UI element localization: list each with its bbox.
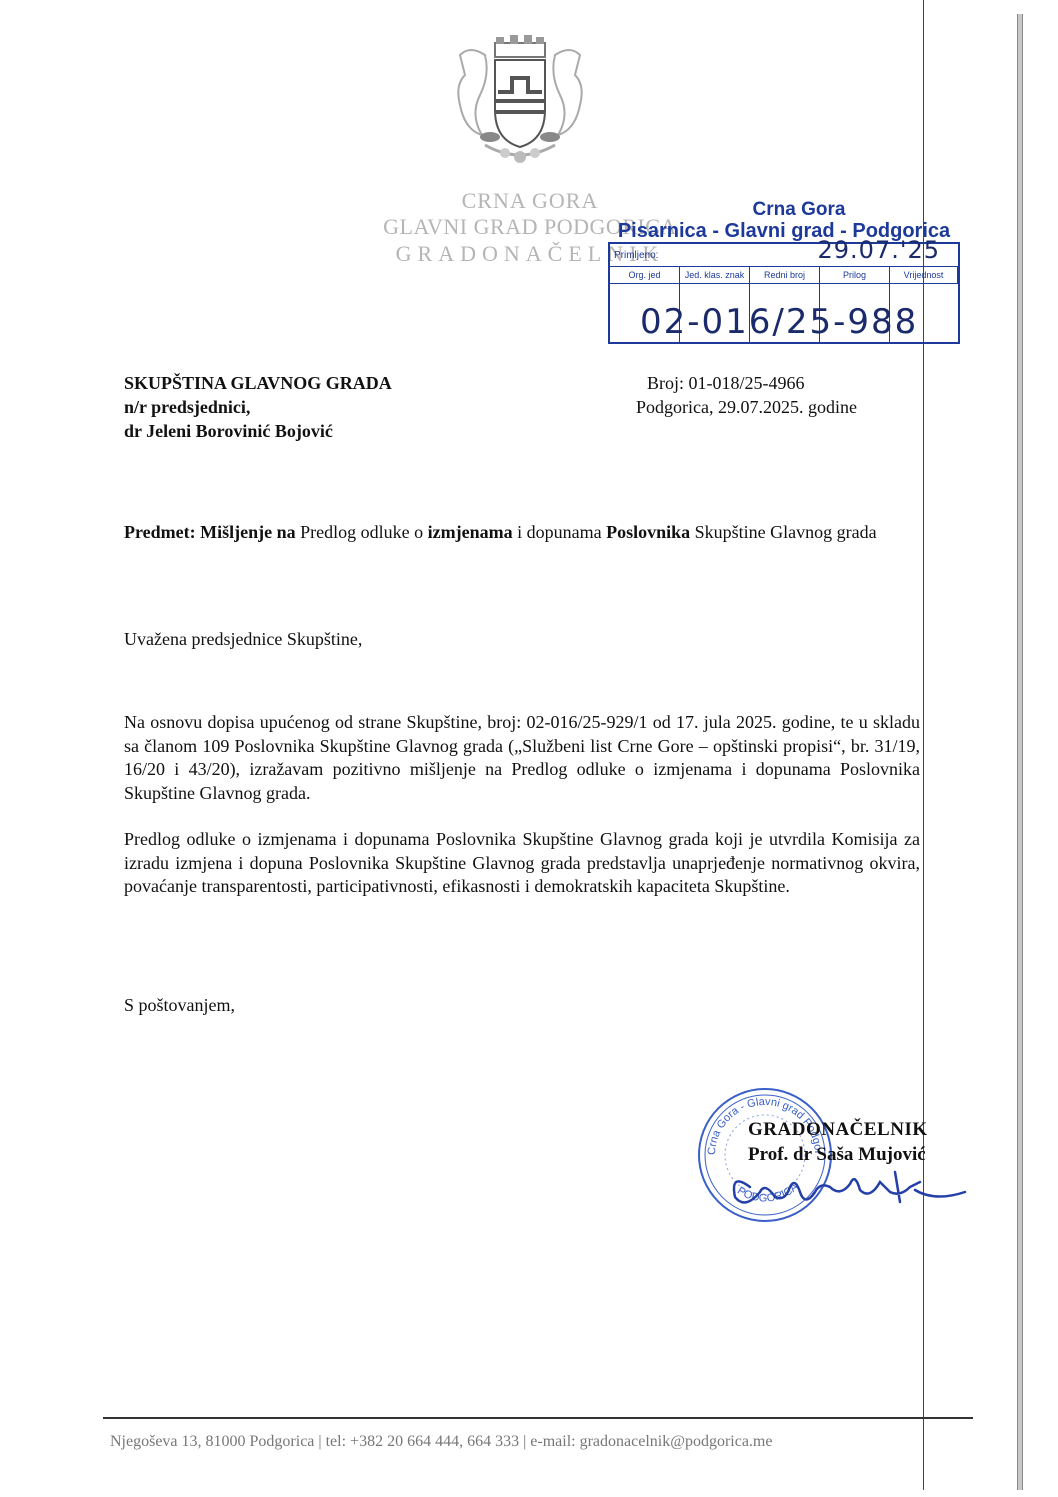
coat-of-arms-icon	[440, 15, 600, 165]
addressee-institution: SKUPŠTINA GLAVNOG GRADA	[124, 371, 392, 395]
stamp-col-attachment: Prilog	[820, 267, 890, 284]
stamp-received-label: Primljeno:	[614, 250, 658, 261]
reference-place-date: Podgorica, 29.07.2025. godine	[636, 395, 857, 419]
body-paragraph-2: Predlog odluke o izmjenama i dopunama Po…	[124, 828, 920, 899]
stamp-col-org: Org. jed	[610, 267, 680, 284]
reference-number: Broj: 01-018/25-4966	[636, 371, 857, 395]
stamp-received-date: 29.07.'25	[818, 236, 940, 264]
reference-block: Broj: 01-018/25-4966 Podgorica, 29.07.20…	[636, 371, 857, 419]
footer-contact: Njegoševa 13, 81000 Podgorica | tel: +38…	[110, 1433, 950, 1451]
scan-edge	[1017, 14, 1023, 1490]
subject-label: Predmet:	[124, 522, 196, 542]
addressee-attention: n/r predsjednici,	[124, 395, 392, 419]
addressee-name: dr Jeleni Borovinić Bojović	[124, 419, 392, 443]
stamp-registry-number: 02-016/25-988	[640, 302, 918, 342]
stamp-col-value: Vrijednost	[890, 267, 958, 284]
subject-line: Predmet: Mišljenje na Predlog odluke o i…	[124, 519, 914, 545]
stamp-col-class: Jed. klas. znak	[680, 267, 750, 284]
salutation: Uvažena predsjednice Skupštine,	[124, 629, 362, 650]
stamp-title: Crna Gora	[608, 200, 960, 220]
handwritten-signature-icon	[720, 1162, 970, 1212]
closing: S poštovanjem,	[124, 995, 235, 1016]
signatory-title: GRADONAČELNIK	[748, 1117, 928, 1142]
stamp-col-serial: Redni broj	[750, 267, 820, 284]
footer-divider	[103, 1417, 973, 1419]
body-paragraph-1: Na osnovu dopisa upućenog od strane Skup…	[124, 711, 920, 805]
signatory: GRADONAČELNIK Prof. dr Saša Mujović	[748, 1117, 928, 1167]
addressee: SKUPŠTINA GLAVNOG GRADA n/r predsjednici…	[124, 371, 392, 443]
